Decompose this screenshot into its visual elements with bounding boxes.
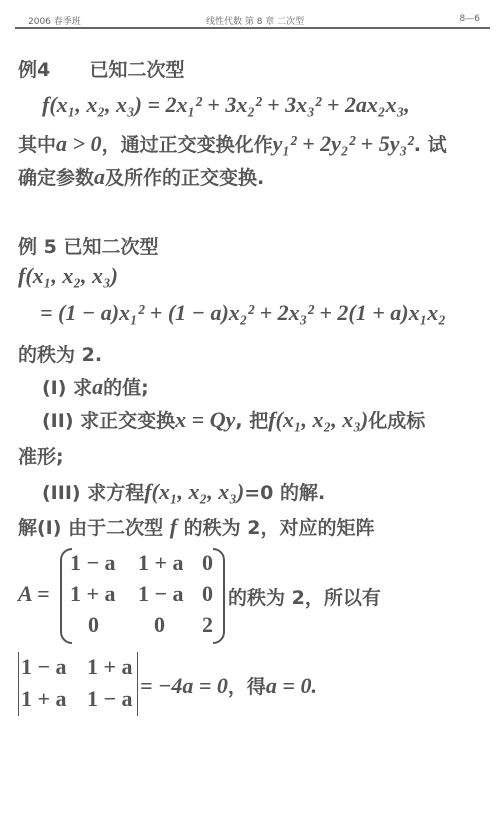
example4-line2: 其中a > 0，通过正交变换化作y₁² + 2y₂² + 5y₃². 试 xyxy=(18,130,447,157)
var: a xyxy=(92,374,103,399)
text: 求方程 xyxy=(87,482,144,504)
text: 求 xyxy=(73,377,92,399)
target-form: y₁² + 2y₂² + 5y₃² xyxy=(273,131,414,156)
text: 的秩为 2，对应的矩阵 xyxy=(184,517,375,539)
example4-heading: 例4 已知二次型 xyxy=(18,55,185,82)
question-3: (III) 求方程f(x₁, x₂, x₃)=0 的解. xyxy=(42,478,325,505)
result: a = 0. xyxy=(266,673,317,698)
text: 求正交变换 xyxy=(80,410,175,432)
example5-func: f(x₁, x₂, x₃) xyxy=(18,263,118,289)
cell: 0 xyxy=(88,612,99,638)
example5-rank: 的秩为 2. xyxy=(18,340,102,367)
text: 及所作的正交变换. xyxy=(105,167,264,189)
page-header: 2006 春季班 线性代数 第 8 章 二次型 8—6 xyxy=(16,8,490,28)
header-course: 2006 春季班 xyxy=(28,14,81,27)
text: ，通过正交变换化作 xyxy=(102,134,273,156)
example5-heading: 例 5 已知二次型 xyxy=(18,232,158,259)
right-paren xyxy=(213,548,225,644)
determinant-result: = −4a = 0，得a = 0. xyxy=(140,672,317,699)
text: 由于二次型 xyxy=(68,517,163,539)
cell: 1 − a xyxy=(138,581,184,607)
equation: = −4a = 0 xyxy=(140,673,228,698)
text: 确定参数 xyxy=(18,167,94,189)
label: (III) xyxy=(42,482,81,504)
text: 化成标 xyxy=(368,410,425,432)
solution-line1: 解(I) 由于二次型 f 的秩为 2，对应的矩阵 xyxy=(18,513,375,540)
matrix-A: 1 − a 1 + a 0 1 + a 1 − a 0 0 0 2 xyxy=(60,548,225,640)
text: ，得 xyxy=(228,676,266,698)
label: 解(I) xyxy=(18,517,61,539)
text: . 试 xyxy=(414,134,447,156)
header-page-number: 8—6 xyxy=(460,14,480,24)
label: (II) xyxy=(42,410,74,432)
cell: 1 − a xyxy=(21,654,67,680)
cell: 1 − a xyxy=(87,686,133,712)
label: (I) xyxy=(42,377,66,399)
example4-title: 例4 xyxy=(18,59,50,81)
cell: 1 + a xyxy=(70,581,116,607)
example5-intro: 已知二次型 xyxy=(63,236,158,258)
cell: 1 − a xyxy=(70,550,116,576)
func: f(x₁, x₂, x₃) xyxy=(144,479,244,504)
example4-formula: f(x₁, x₂, x₃) = 2x₁² + 3x₂² + 3x₃² + 2ax… xyxy=(42,92,410,118)
formula: x = Qy xyxy=(175,407,235,432)
cell: 1 + a xyxy=(138,550,184,576)
matrix-lhs: A = xyxy=(18,581,50,607)
question-2-cont: 准形; xyxy=(18,442,64,469)
example4-line3: 确定参数a及所作的正交变换. xyxy=(18,163,264,190)
text: 其中 xyxy=(18,134,56,156)
text: =0 的解. xyxy=(244,482,325,504)
cell: 0 xyxy=(154,612,165,638)
cell: 1 + a xyxy=(21,686,67,712)
example5-title: 例 5 xyxy=(18,236,57,258)
cell: 1 + a xyxy=(87,654,133,680)
cell: 0 xyxy=(202,581,213,607)
text: 的值; xyxy=(103,377,149,399)
example4-intro: 已知二次型 xyxy=(89,59,184,81)
question-2: (II) 求正交变换x = Qy, 把f(x₁, x₂, x₃)化成标 xyxy=(42,406,425,433)
question-1: (I) 求a的值; xyxy=(42,373,149,400)
text: , 把 xyxy=(235,410,268,432)
matrix-suffix: 的秩为 2，所以有 xyxy=(228,583,381,610)
determinant: 1 − a 1 + a 1 + a 1 − a xyxy=(18,652,138,716)
var: a xyxy=(94,164,105,189)
condition: a > 0 xyxy=(56,131,102,156)
header-chapter: 线性代数 第 8 章 二次型 xyxy=(206,14,304,27)
example5-formula: = (1 − a)x₁² + (1 − a)x₂² + 2x₃² + 2(1 +… xyxy=(40,300,446,326)
func: f(x₁, x₂, x₃) xyxy=(268,407,368,432)
cell: 2 xyxy=(202,612,213,638)
var: f xyxy=(170,514,177,539)
header-rule xyxy=(15,27,490,29)
cell: 0 xyxy=(202,550,213,576)
